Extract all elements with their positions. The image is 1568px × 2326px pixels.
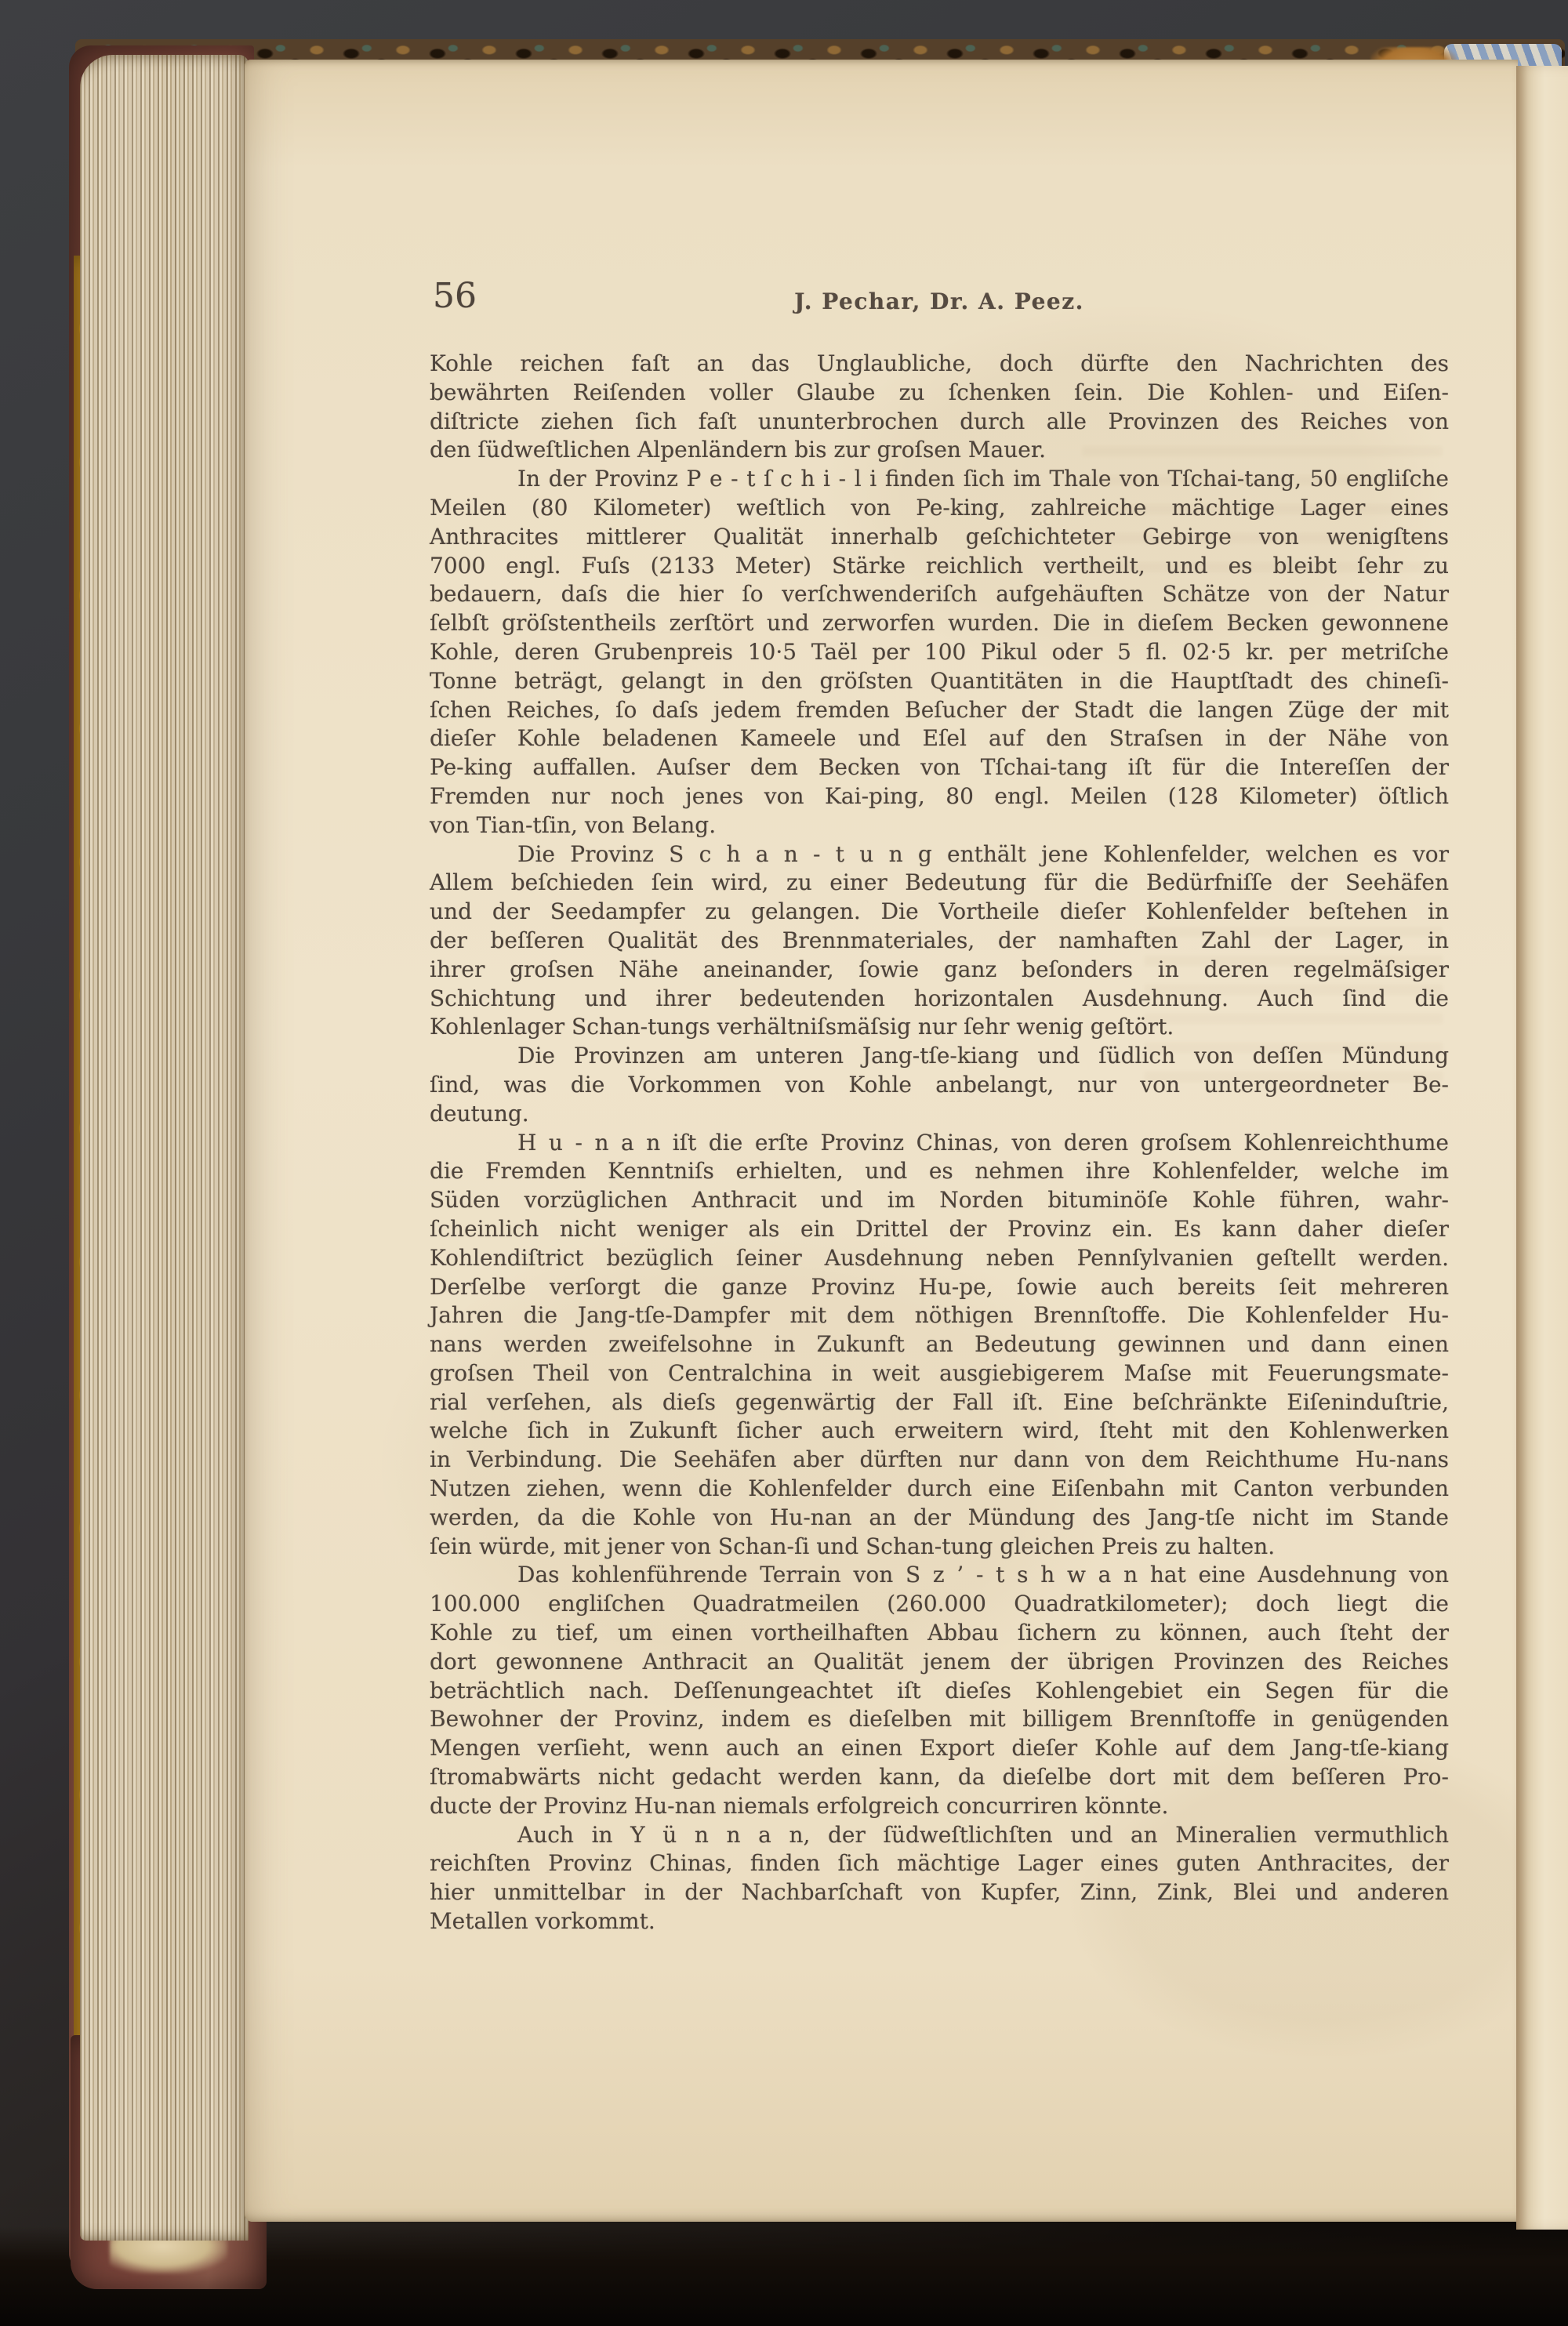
text-line: ſtromabwärts nicht gedacht werden kann, … <box>430 1763 1449 1792</box>
text-line: ducte der Provinz Hu-nan niemals erfolgr… <box>430 1792 1449 1821</box>
text-line: ſelbſt gröſstentheils zerſtört und zerwo… <box>430 609 1449 638</box>
text-line: werden, da die Kohle von Hu-nan an der M… <box>430 1504 1449 1533</box>
text-line: ihrer groſsen Nähe aneinander, ſowie gan… <box>430 956 1449 985</box>
text-line: Kohle, deren Grubenpreis 10·5 Taël per 1… <box>430 638 1449 667</box>
text-line: Derſelbe verſorgt die ganze Provinz Hu-p… <box>430 1273 1449 1302</box>
text-line: Das kohlenführende Terrain von S z ’ - t… <box>430 1561 1449 1590</box>
paragraph: In der Provinz P e - t ſ c h i - l i fin… <box>430 465 1449 840</box>
text-line: dort gewonnene Anthracit an Qualität jen… <box>430 1648 1449 1677</box>
text-line: Die Provinz S c h a n - t u n g enthält … <box>430 840 1449 869</box>
text-line: ſind, was die Vorkommen von Kohle anbela… <box>430 1071 1449 1100</box>
text-line: Fremden nur noch jenes von Kai-ping, 80 … <box>430 782 1449 811</box>
text-line: hier unmittelbar in der Nachbarſchaft vo… <box>430 1878 1449 1907</box>
text-line: In der Provinz P e - t ſ c h i - l i fin… <box>430 465 1449 494</box>
text-line: reichſten Provinz Chinas, finden ſich mä… <box>430 1849 1449 1878</box>
text-line: bewährten Reiſenden voller Glaube zu ſch… <box>430 379 1449 408</box>
paragraph: Auch in Y ü n n a n, der ſüdweſtlichſten… <box>430 1821 1449 1936</box>
text-line: Tonne beträgt, gelangt in den gröſsten Q… <box>430 667 1449 696</box>
text-line: Auch in Y ü n n a n, der ſüdweſtlichſten… <box>430 1821 1449 1850</box>
text-line: Bewohner der Provinz, indem es dieſelben… <box>430 1705 1449 1734</box>
text-line: beträchtlich nach. Deſſenungeachtet iſt … <box>430 1677 1449 1706</box>
text-line: ſcheinlich nicht weniger als ein Drittel… <box>430 1215 1449 1244</box>
paragraph: Die Provinzen am unteren Jang-tſe-kiang … <box>430 1042 1449 1128</box>
text-line: Schichtung und ihrer bedeutenden horizon… <box>430 985 1449 1014</box>
text-line: Meilen (80 Kilometer) weſtlich von Pe-ki… <box>430 494 1449 523</box>
text-line: Kohlenlager Schan-tungs verhältniſsmäſsi… <box>430 1013 1449 1042</box>
text-line: Pe-king auffallen. Auſser dem Becken von… <box>430 753 1449 782</box>
text-line: den ſüdweſtlichen Alpenländern bis zur g… <box>430 436 1449 465</box>
text-line: bedauern, daſs die hier ſo verſchwenderi… <box>430 580 1449 609</box>
text-line: Kohle reichen faſt an das Unglaubliche, … <box>430 350 1449 379</box>
text-line: diſtricte ziehen ſich faſt ununterbroche… <box>430 408 1449 437</box>
text-line: Anthracites mittlerer Qualität innerhalb… <box>430 523 1449 552</box>
text-line: H u - n a n iſt die erſte Provinz Chinas… <box>430 1129 1449 1158</box>
text-line: Allem beſchieden ſein wird, zu einer Bed… <box>430 869 1449 898</box>
text-line: 100.000 engliſchen Quadratmeilen (260.00… <box>430 1590 1449 1619</box>
paragraph: Das kohlenführende Terrain von S z ’ - t… <box>430 1561 1449 1820</box>
page-edge-stack <box>80 55 249 2241</box>
text-line: welche ſich in Zukunft ſicher auch erwei… <box>430 1417 1449 1446</box>
text-line: deutung. <box>430 1100 1449 1129</box>
text-line: Kohlendiſtrict bezüglich ſeiner Ausdehnu… <box>430 1244 1449 1273</box>
text-line: Süden vorzüglichen Anthracit und im Nord… <box>430 1186 1449 1215</box>
text-line: in Verbindung. Die Seehäfen aber dürften… <box>430 1446 1449 1475</box>
facing-page-gutter <box>1516 66 1568 2230</box>
text-line: Die Provinzen am unteren Jang-tſe-kiang … <box>430 1042 1449 1071</box>
text-line: ſein würde, mit jener von Schan-ſi und S… <box>430 1533 1449 1562</box>
text-line: Kohle zu tief, um einen vortheilhaften A… <box>430 1619 1449 1648</box>
text-line: dieſer Kohle beladenen Kameele und Eſel … <box>430 724 1449 753</box>
text-line: von Tian-tſin, von Belang. <box>430 811 1449 840</box>
text-line: Nutzen ziehen, wenn die Kohlenfelder dur… <box>430 1475 1449 1504</box>
paragraph: Kohle reichen faſt an das Unglaubliche, … <box>430 350 1449 465</box>
text-line: Jahren die Jang-tſe-Dampfer mit dem nöth… <box>430 1301 1449 1330</box>
paragraph: H u - n a n iſt die erſte Provinz Chinas… <box>430 1129 1449 1562</box>
running-header: J. Pechar, Dr. A. Peez. <box>430 288 1449 314</box>
text-line: rial verſehen, als dieſs gegenwärtig der… <box>430 1388 1449 1417</box>
text-block: Kohle reichen faſt an das Unglaubliche, … <box>430 350 1449 1936</box>
text-line: und der Seedampfer zu gelangen. Die Vort… <box>430 898 1449 927</box>
text-line: Metallen vorkommt. <box>430 1907 1449 1936</box>
book-scan: 56 J. Pechar, Dr. A. Peez. Kohle reichen… <box>0 0 1568 2326</box>
text-line: 7000 engl. Fuſs (2133 Meter) Stärke reic… <box>430 552 1449 581</box>
text-line: der beſſeren Qualität des Brennmateriale… <box>430 927 1449 956</box>
text-line: Mengen verſieht, wenn auch an einen Expo… <box>430 1734 1449 1763</box>
text-line: die Fremden Kenntniſs erhielten, und es … <box>430 1157 1449 1186</box>
paragraph: Die Provinz S c h a n - t u n g enthält … <box>430 840 1449 1043</box>
text-line: nans werden zweifelsohne in Zukunft an B… <box>430 1330 1449 1359</box>
text-line: groſsen Theil von Centralchina in weit a… <box>430 1359 1449 1388</box>
text-line: ſchen Reiches, ſo daſs jedem fremden Beſ… <box>430 696 1449 725</box>
